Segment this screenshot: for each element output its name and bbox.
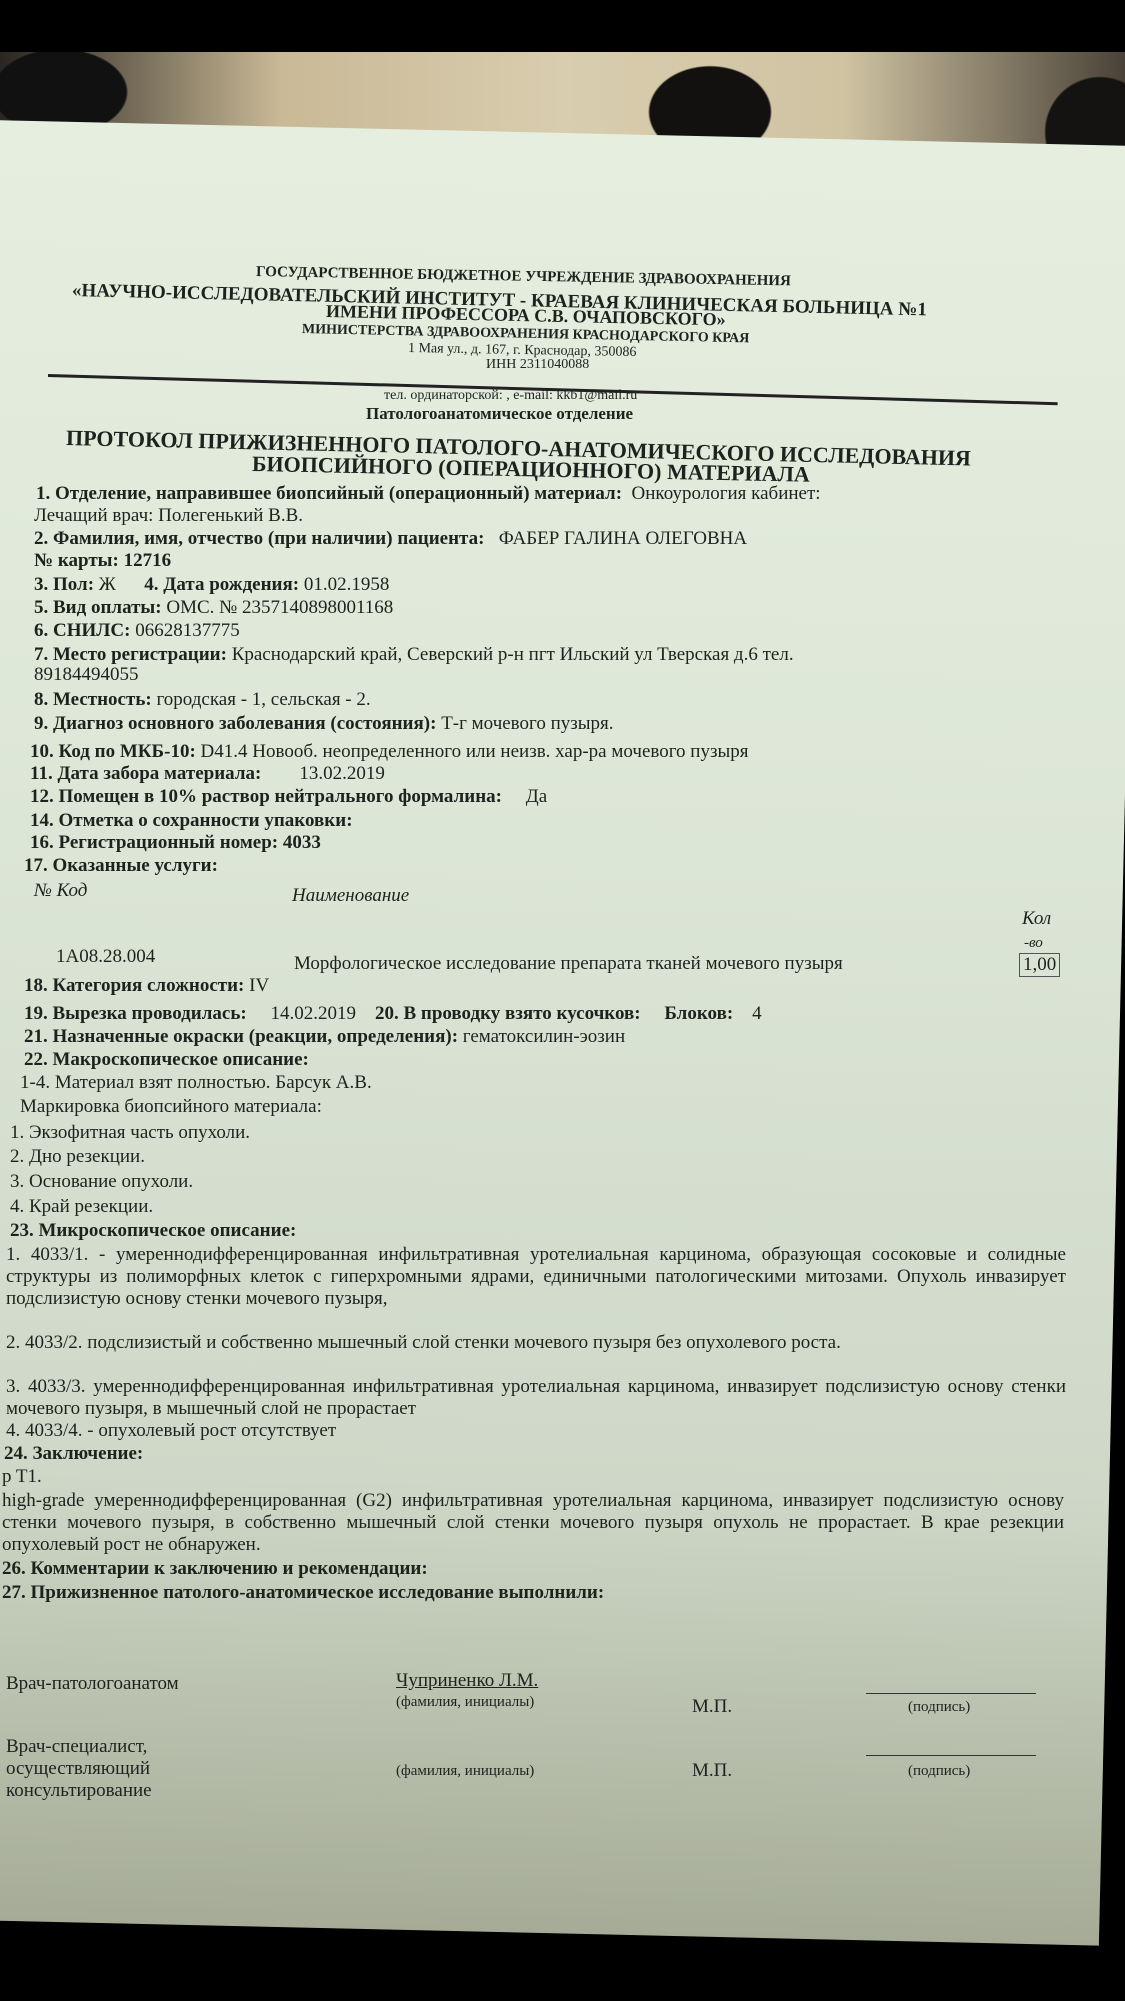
micro-paragraph: 4. 4033/4. - опухолевый рост отсутствует bbox=[6, 1420, 1066, 1442]
field-24: 24. Заключение: bbox=[4, 1443, 143, 1465]
field-10: 10. Код по МКБ-10: D41.4 Новооб. неопред… bbox=[30, 741, 748, 763]
complexity-value: IV bbox=[249, 975, 269, 996]
service-qty: 1,00 bbox=[1019, 953, 1060, 977]
payment-value: ОМС. № 2357140898001168 bbox=[166, 597, 393, 618]
field-5: 5. Вид оплаты: ОМС. № 2357140898001168 bbox=[34, 597, 393, 619]
marking-item: 3. Основание опухоли. bbox=[10, 1171, 193, 1193]
field-2: 2. Фамилия, имя, отчество (при наличии) … bbox=[34, 528, 747, 550]
card-value: 12716 bbox=[124, 550, 172, 571]
header-inn: ИНН 2311040088 bbox=[486, 357, 589, 373]
field-17: 17. Оказанные услуги: bbox=[24, 855, 218, 877]
registration-number-label: 16. Регистрационный номер: bbox=[30, 832, 278, 853]
diagnosis-label: 9. Диагноз основного заболевания (состоя… bbox=[34, 713, 436, 734]
field-22: 22. Макроскопическое описание: bbox=[24, 1049, 309, 1071]
registration-label: 7. Место регистрации: bbox=[34, 644, 227, 665]
micro-paragraph: 2. 4033/2. подслизистый и собственно мыш… bbox=[6, 1332, 1066, 1354]
signature-caption: (подпись) bbox=[908, 1696, 970, 1718]
field-12: 12. Помещен в 10% раствор нейтрального ф… bbox=[30, 786, 547, 808]
service-code: 1A08.28.004 bbox=[56, 946, 155, 968]
macro-line-1: 1-4. Материал взят полностью. Барсук А.В… bbox=[20, 1072, 372, 1094]
staining-label: 21. Назначенные окраски (реакции, опреде… bbox=[24, 1026, 458, 1047]
field-11: 11. Дата забора материала: 13.02.2019 bbox=[30, 763, 385, 785]
header-contact: тел. ординаторской: , e-mail: kkb1@mail.… bbox=[384, 388, 637, 404]
signature-line bbox=[866, 1755, 1036, 1756]
consultant-role-1: Врач-специалист, bbox=[6, 1736, 147, 1758]
department-name: Патологоанатомическое отделение bbox=[366, 404, 633, 424]
services-col-qty-1: Кол bbox=[1022, 908, 1051, 930]
complexity-label: 18. Категория сложности: bbox=[24, 975, 244, 996]
blocks-label: Блоков: bbox=[664, 1003, 733, 1024]
name-caption: (фамилия, инициалы) bbox=[396, 1691, 534, 1713]
card-label: № карты: bbox=[34, 550, 119, 571]
field-9: 9. Диагноз основного заболевания (состоя… bbox=[34, 713, 614, 735]
collection-date-label: 11. Дата забора материала: bbox=[30, 763, 261, 784]
blocks-value: 4 bbox=[752, 1003, 762, 1024]
registration-value: Краснодарский край, Северский р-н пгт Ил… bbox=[232, 644, 794, 665]
collection-date-value: 13.02.2019 bbox=[299, 763, 385, 784]
stamp-label: М.П. bbox=[692, 1696, 732, 1718]
consultant-role-2: осуществляющий bbox=[6, 1758, 150, 1780]
grossing-date-label: 19. Вырезка проводилась: bbox=[24, 1003, 247, 1024]
icd-label: 10. Код по МКБ-10: bbox=[30, 741, 196, 762]
field-19-20: 19. Вырезка проводилась: 14.02.2019 20. … bbox=[24, 1003, 762, 1025]
field-21: 21. Назначенные окраски (реакции, опреде… bbox=[24, 1026, 625, 1048]
field-23: 23. Микроскопическое описание: bbox=[10, 1220, 296, 1242]
attending-doctor: Лечащий врач: Полегенький В.В. bbox=[34, 505, 303, 527]
formalin-label: 12. Помещен в 10% раствор нейтрального ф… bbox=[30, 786, 502, 807]
micro-paragraph: 1. 4033/1. - умереннодифференцированная … bbox=[6, 1244, 1066, 1310]
field-7: 7. Место регистрации: Краснодарский край… bbox=[34, 644, 794, 666]
services-col-code: № Код bbox=[34, 880, 87, 902]
field-3-4: 3. Пол: Ж 4. Дата рождения: 01.02.1958 bbox=[34, 574, 389, 596]
micro-paragraph: 3. 4033/3. умереннодифференцированная ин… bbox=[6, 1376, 1066, 1420]
service-name: Морфологическое исследование препарата т… bbox=[294, 953, 843, 975]
signer-name: Чуприненко Л.М. bbox=[396, 1670, 538, 1692]
signature-line bbox=[866, 1693, 1036, 1694]
macro-line-2: Маркировка биопсийного материала: bbox=[20, 1096, 322, 1118]
black-bottom-border bbox=[0, 1950, 1125, 2001]
conclusion-text: high-grade умереннодифференцированная (G… bbox=[2, 1490, 1064, 1556]
field-2-label: 2. Фамилия, имя, отчество (при наличии) … bbox=[34, 528, 484, 549]
field-27: 27. Прижизненное патолого-анатомическое … bbox=[2, 1582, 604, 1604]
card-number: № карты: 12716 bbox=[34, 550, 171, 572]
field-26: 26. Комментарии к заключению и рекоменда… bbox=[2, 1558, 428, 1580]
birth-date-label: 4. Дата рождения: bbox=[144, 574, 299, 595]
sex-value: Ж bbox=[99, 574, 116, 595]
signer-role: Врач-патологоанатом bbox=[6, 1673, 179, 1695]
formalin-value: Да bbox=[526, 786, 547, 807]
staining-value: гематоксилин-эозин bbox=[463, 1026, 625, 1047]
locality-label: 8. Местность: bbox=[34, 689, 152, 710]
field-18: 18. Категория сложности: IV bbox=[24, 975, 269, 997]
icd-value: D41.4 Новооб. неопределенного или неизв.… bbox=[201, 741, 749, 762]
sex-label: 3. Пол: bbox=[34, 574, 94, 595]
marking-item: 4. Край резекции. bbox=[10, 1196, 153, 1218]
field-1: 1. Отделение, направившее биопсийный (оп… bbox=[36, 483, 821, 505]
phone-number: 89184494055 bbox=[34, 664, 139, 686]
snils-value: 06628137775 bbox=[135, 620, 240, 641]
snils-label: 6. СНИЛС: bbox=[34, 620, 130, 641]
field-1-label: 1. Отделение, направившее биопсийный (оп… bbox=[36, 483, 622, 504]
services-col-name: Наименование bbox=[292, 885, 409, 907]
grossing-date-value: 14.02.2019 bbox=[270, 1003, 356, 1024]
pieces-label: 20. В проводку взято кусочков: bbox=[375, 1003, 641, 1024]
marking-item: 2. Дно резекции. bbox=[10, 1146, 145, 1168]
consultant-role-3: консультирование bbox=[6, 1780, 152, 1802]
registration-number-value: 4033 bbox=[283, 832, 321, 853]
patient-name: ФАБЕР ГАЛИНА ОЛЕГОВНА bbox=[499, 528, 747, 549]
field-14: 14. Отметка о сохранности упаковки: bbox=[30, 810, 353, 832]
field-8: 8. Местность: городская - 1, сельская - … bbox=[34, 689, 371, 711]
field-6: 6. СНИЛС: 06628137775 bbox=[34, 620, 240, 642]
marking-item: 1. Экзофитная часть опухоли. bbox=[10, 1122, 250, 1144]
birth-date-value: 01.02.1958 bbox=[304, 574, 390, 595]
field-1-value: Онкоурология кабинет: bbox=[632, 483, 821, 504]
stamp-label: М.П. bbox=[692, 1760, 732, 1782]
field-16: 16. Регистрационный номер: 4033 bbox=[30, 832, 321, 854]
locality-value: городская - 1, сельская - 2. bbox=[156, 689, 370, 710]
signature-caption: (подпись) bbox=[908, 1760, 970, 1782]
payment-label: 5. Вид оплаты: bbox=[34, 597, 162, 618]
conclusion-stage: p T1. bbox=[2, 1466, 42, 1488]
services-col-qty-2: -во bbox=[1024, 932, 1043, 954]
name-caption: (фамилия, инициалы) bbox=[396, 1760, 534, 1782]
diagnosis-value: Т-г мочевого пузыря. bbox=[441, 713, 613, 734]
black-top-border bbox=[0, 0, 1125, 52]
